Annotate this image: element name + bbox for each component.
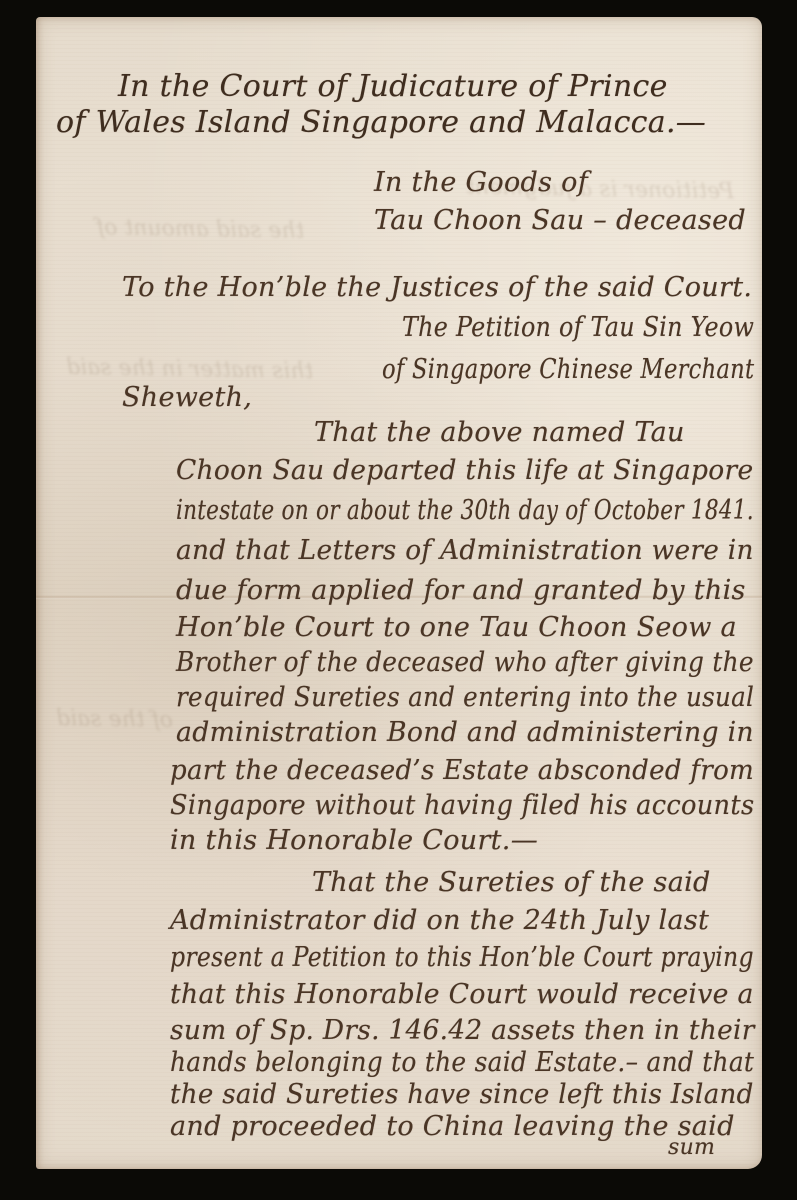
body-line: Hon’ble Court to one Tau Choon Seow a [176, 612, 737, 643]
scan-background: Petitioner is a judgment the said amount… [0, 0, 797, 1200]
in-the-goods-of-line-1: In the Goods of [374, 167, 588, 198]
body-line: the said Sureties have since left this I… [170, 1079, 754, 1110]
body-line: sum of Sp. Drs. 146.42 assets then in th… [170, 1015, 755, 1046]
body-line: in this Honorable Court.— [170, 825, 538, 856]
in-the-goods-of-line-2: Tau Choon Sau – deceased [374, 205, 746, 236]
petitioner-line-1: The Petition of Tau Sin Yeow [402, 312, 754, 343]
court-heading-line-2: of Wales Island Singapore and Malacca.— [56, 105, 706, 140]
petitioner-line-2: of Singapore Chinese Merchant [382, 354, 754, 385]
court-heading-line-1: In the Court of Judicature of Prince [118, 69, 668, 104]
bleed-through-text: this matter in the said [66, 355, 314, 384]
body-line: That the above named Tau [314, 417, 685, 448]
body-line: present a Petition to this Hon’ble Court… [170, 942, 754, 973]
body-line: required Sureties and entering into the … [176, 682, 754, 713]
body-line: part the deceased’s Estate absconded fro… [170, 755, 754, 786]
body-line: Singapore without having filed his accou… [170, 790, 754, 821]
bleed-through-text: of the said [56, 706, 173, 733]
body-line: due form applied for and granted by this [176, 575, 746, 606]
body-line: intestate on or about the 30th day of Oc… [176, 495, 754, 526]
body-line: Brother of the deceased who after giving… [176, 647, 754, 678]
salutation: Sheweth, [122, 382, 252, 413]
body-line: That the Sureties of the said [312, 867, 711, 898]
body-line: that this Honorable Court would receive … [170, 979, 754, 1010]
body-line: and proceeded to China leaving the said [170, 1111, 735, 1142]
manuscript-page: Petitioner is a judgment the said amount… [36, 17, 762, 1169]
body-line: administration Bond and administering in [176, 717, 754, 748]
body-line: and that Letters of Administration were … [176, 535, 754, 566]
address-line: To the Hon’ble the Justices of the said … [122, 272, 752, 303]
body-line: Administrator did on the 24th July last [170, 905, 709, 936]
bleed-through-text: the said amount of [96, 215, 305, 244]
catchword: sum [668, 1135, 715, 1160]
body-line: Choon Sau departed this life at Singapor… [176, 455, 753, 486]
body-line: hands belonging to the said Estate.– and… [170, 1047, 754, 1078]
